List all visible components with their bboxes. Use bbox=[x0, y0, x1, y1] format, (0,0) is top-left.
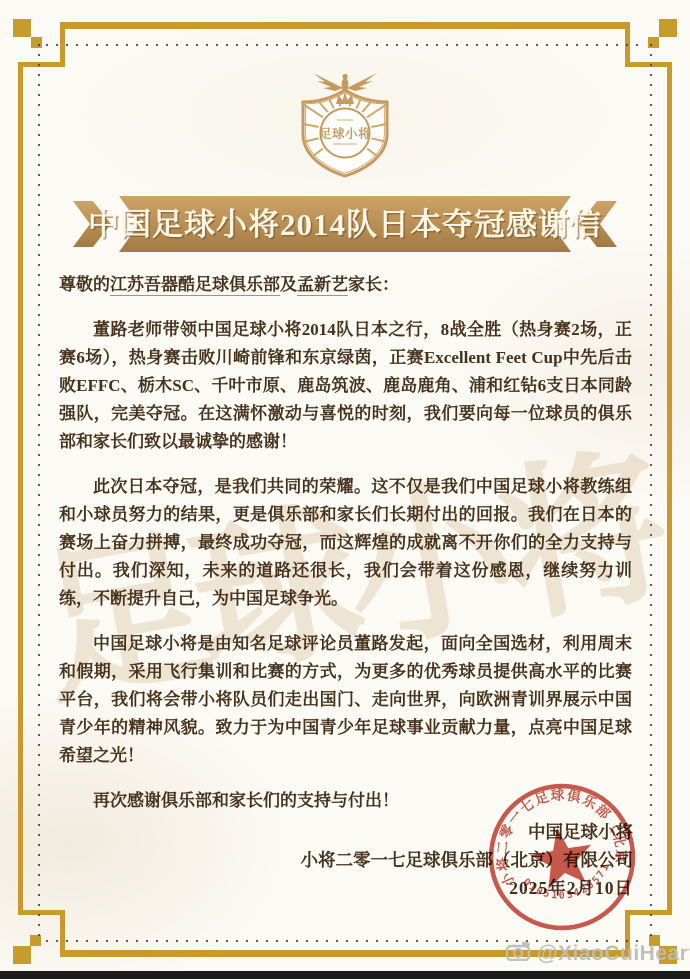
paragraph-results: 董路老师带领中国足球小将2014队日本之行，8战全胜（热身赛2场，正赛6场），热… bbox=[59, 316, 632, 456]
recipient-club-name: 江苏吾器酷足球俱乐部 bbox=[110, 275, 280, 296]
title-banner: 中国足球小将2014队日本夺冠感谢信 中国足球小将2014队日本夺冠感谢信 bbox=[73, 192, 617, 256]
club-crest-icon: 足球小将 bbox=[277, 70, 413, 186]
company-seal-stamp: 小将二零一七足球俱乐部（北京）有限公司 0105103420571 bbox=[474, 769, 650, 945]
frame-corner bbox=[60, 912, 65, 957]
letter-title: 中国足球小将2014队日本夺冠感谢信 bbox=[88, 207, 602, 242]
dotted-line bbox=[38, 44, 40, 940]
letter-body: 尊敬的江苏吾器酷足球俱乐部及孟新艺家长： 董路老师带领中国足球小将2014队日本… bbox=[59, 271, 632, 832]
frame-corner bbox=[18, 62, 65, 67]
frame-bar-left bbox=[18, 62, 23, 915]
dotted-line bbox=[46, 44, 646, 46]
paragraph-gratitude: 此次日本夺冠，是我们共同的荣耀。这不仅是我们中国足球小将教练组和小球员努力的结果… bbox=[59, 473, 632, 613]
greeting-suffix: 家长： bbox=[348, 275, 399, 294]
greeting-line: 尊敬的江苏吾器酷足球俱乐部及孟新艺家长： bbox=[59, 271, 632, 299]
corner-square bbox=[31, 37, 42, 48]
frame-corner bbox=[18, 910, 65, 915]
photo-credit: @XiaoCuiHeart bbox=[506, 941, 690, 967]
frame-bar-top bbox=[60, 22, 630, 29]
corner-square bbox=[13, 19, 31, 37]
greeting-prefix: 尊敬的 bbox=[59, 275, 110, 294]
seal-star-icon bbox=[527, 823, 598, 891]
paragraph-about-program: 中国足球小将是由知名足球评论员董路发起，面向全国选材，利用周末和假期，采用飞行集… bbox=[59, 630, 632, 770]
frame-bar-right bbox=[667, 62, 672, 915]
letter-page: 足球小将 中国足球小将2014队日本夺冠感谢信 中国足球小将2014队日本夺冠感… bbox=[0, 0, 690, 979]
photo-credit-handle: @XiaoCuiHeart bbox=[537, 942, 690, 966]
crest-wordmark: 足球小将 bbox=[319, 126, 371, 141]
recipient-parent-name: 孟新艺 bbox=[297, 275, 348, 296]
photo-bottom-edge bbox=[0, 971, 690, 979]
greeting-conjunction: 及 bbox=[280, 275, 297, 294]
dotted-line bbox=[650, 44, 652, 940]
camera-icon bbox=[506, 941, 532, 967]
frame-corner bbox=[625, 62, 672, 67]
corner-square bbox=[13, 946, 31, 964]
corner-square bbox=[659, 19, 677, 37]
